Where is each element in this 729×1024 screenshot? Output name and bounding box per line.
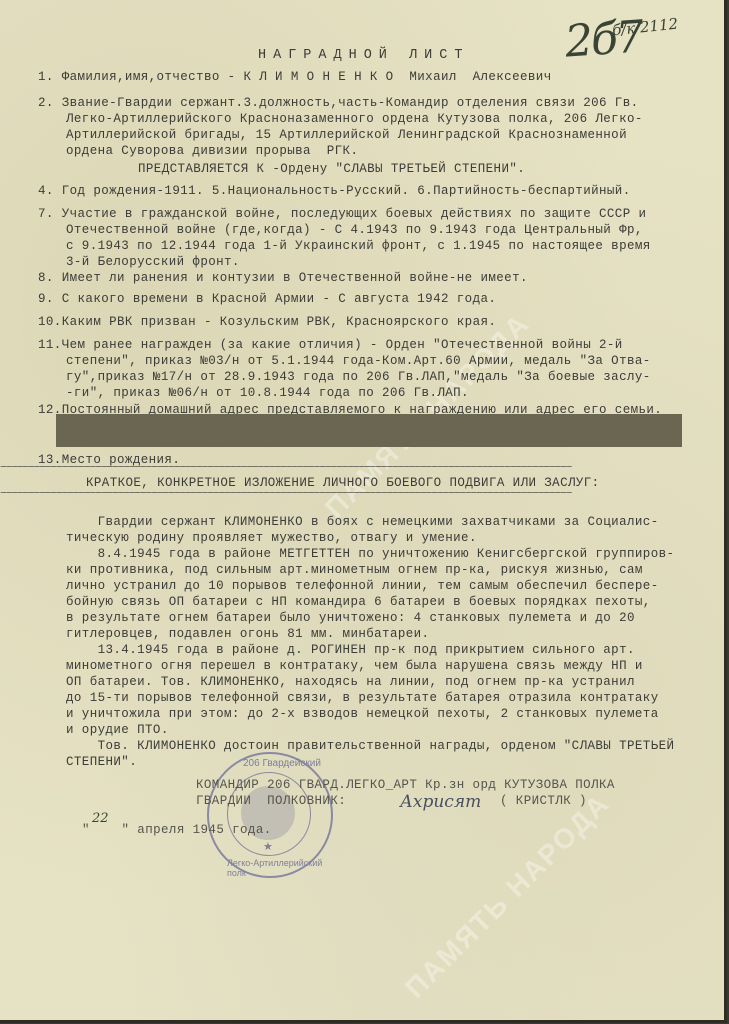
field-2-line: ордена Суворова дивизии прорыва РГК.	[66, 144, 358, 158]
field-11-line: степени", приказ №03/н от 5.1.1944 года-…	[66, 354, 651, 368]
field-9: 9. С какого времени в Красной Армии - С …	[38, 292, 496, 306]
double-rule: ========================================…	[0, 466, 724, 472]
double-rule: ========================================…	[0, 492, 724, 498]
signatory-name: ( КРИСТЛК )	[500, 794, 587, 808]
narrative-line: до 15-ти порывов телефонной связи, в рез…	[66, 691, 659, 705]
field-7-line: с 9.1943 по 12.1944 года 1-й Украинский …	[66, 239, 651, 253]
field-7-line: 3-й Белорусский фронт.	[66, 255, 240, 269]
official-stamp: 206 Гвардейский Легко-Артиллерийский пол…	[207, 752, 333, 878]
field-11: 11.Чем ранее награжден (за какие отличия…	[38, 338, 623, 352]
narrative-line: Гвардии сержант КЛИМОНЕНКО в боях с неме…	[66, 515, 659, 529]
signature-date-day: 22	[92, 811, 109, 826]
signature-line-2: ГВАРДИИ ПОЛКОВНИК:	[196, 794, 346, 808]
recommendation-line: ПРЕДСТАВЛЯЕТСЯ К -Ордену "СЛАВЫ ТРЕТЬЕЙ …	[138, 162, 525, 176]
section-heading: КРАТКОЕ, КОНКРЕТНОЕ ИЗЛОЖЕНИЕ ЛИЧНОГО БО…	[86, 476, 600, 490]
document-title: НАГРАДНОЙ ЛИСТ	[258, 48, 469, 63]
watermark: ПАМЯТЬ НАРОДА	[399, 787, 616, 1004]
narrative-line: 8.4.1945 года в районе МЕТГЕТТЕН по унич…	[66, 547, 674, 561]
narrative-line: СТЕПЕНИ".	[66, 755, 137, 769]
field-11-line: -ги", приказ №06/н от 10.8.1944 года по …	[66, 386, 469, 400]
field-10: 10.Каким РВК призван - Козульским РВК, К…	[38, 315, 496, 329]
award-sheet-page: ПАМЯТЬ НАРОДА ПАМЯТЬ НАРОДА 2б7 б/к 2112…	[0, 0, 727, 1023]
narrative-line: тическую родину проявляет мужество, отва…	[66, 531, 477, 545]
narrative-line: минометного огня перешел в контратаку, ч…	[66, 659, 643, 673]
field-7-line: Отечественной войне (где,когда) - С 4.19…	[66, 223, 643, 237]
narrative-line: и орудие ПТО.	[66, 723, 169, 737]
field-2-line: Легко-Артиллерийского Красноназаменного …	[66, 112, 643, 126]
field-8: 8. Имеет ли ранения и контузии в Отечест…	[38, 271, 528, 285]
field-13: 13.Место рождения.	[38, 453, 180, 467]
narrative-line: гитлеровцев, подавлен огонь 81 мм. минба…	[66, 627, 429, 641]
field-2-line: Артиллерийской бригады, 15 Артиллерийско…	[66, 128, 627, 142]
star-icon: ★	[263, 840, 273, 853]
signature-line-1: КОМАНДИР 206 ГВАРД.ЛЕГКО_АРТ Кр.зн орд К…	[196, 778, 615, 792]
field-7: 7. Участие в гражданской войне, последую…	[38, 207, 646, 221]
narrative-line: 13.4.1945 года в районе д. РОГИНЕН пр-к …	[66, 643, 635, 657]
signature-date: " " апреля 1945 года.	[82, 823, 272, 837]
narrative-line: в результате огнем батареи было уничтоже…	[66, 611, 635, 625]
narrative-line: Тов. КЛИМОНЕНКО достоин правительственно…	[66, 739, 674, 753]
field-1: 1. Фамилия,имя,отчество - К Л И М О Н Е …	[38, 70, 552, 84]
field-11-line: гу",приказ №17/н от 28.9.1943 года по 20…	[66, 370, 651, 384]
narrative-line: бойную связь ОП батареи с НП командира 6…	[66, 595, 651, 609]
narrative-line: ки противника, под сильным арт.минометны…	[66, 563, 643, 577]
redacted-address-block	[56, 414, 682, 447]
field-2: 2. Звание-Гвардии сержант.3.должность,ча…	[38, 96, 639, 110]
handwritten-signature: Ахрисят	[400, 792, 481, 812]
narrative-line: и уничтожила при этом: до 2-х взводов не…	[66, 707, 659, 721]
narrative-line: ОП батареи. Тов. КЛИМОНЕНКО, находясь на…	[66, 675, 635, 689]
narrative-line: лично устранил до 10 порывов телефонной …	[66, 579, 659, 593]
field-4-6: 4. Год рождения-1911. 5.Национальность-Р…	[38, 184, 631, 198]
